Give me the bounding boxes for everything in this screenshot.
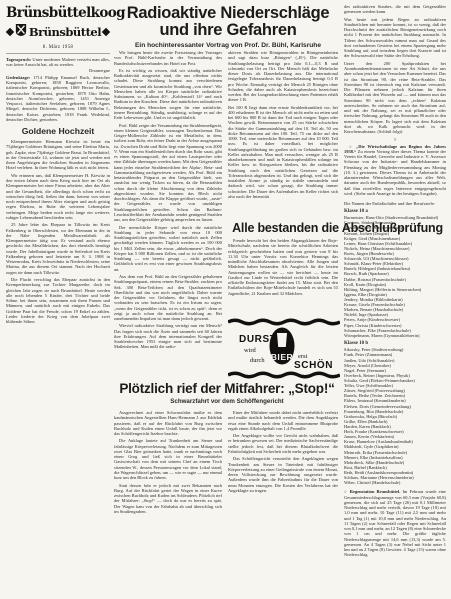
- coat-of-arms-icon: [15, 23, 27, 42]
- paragraph: Ausgerechnet auf einer Schwarzfahrt mußt…: [114, 410, 222, 436]
- paragraph: Was heute mit jedem Regen an radioaktive…: [344, 17, 446, 59]
- student-item: Wömpelmann, Maren (Gymnastiklehrerin): [344, 333, 446, 338]
- stop-article-col3: Einer der Mitfahrer wurde dabei nicht un…: [228, 410, 338, 594]
- wirtschaftslage-item: ○ „Die Wirtschaftslage am Beginn des Jah…: [344, 144, 446, 197]
- goldene-hochzeit-body: Klempnermeister Hermann Kiewitz ist heut…: [6, 139, 110, 324]
- goldene-hochzeit-heading: Goldene Hochzeit: [6, 126, 110, 136]
- tagesspruch: Tagesspruch: Unter moderner Malerei vers…: [6, 57, 110, 73]
- svg-text:BIER: BIER: [271, 352, 294, 362]
- masthead-date: 8. März 1958: [6, 45, 110, 50]
- paragraph: Einer der Mitfahrer wurde dabei nicht un…: [228, 410, 338, 431]
- section-divider: ○: [344, 137, 446, 144]
- main-headline-line1: Radioaktive Niederschläge: [114, 5, 342, 22]
- tagesspruch-label: Tagesspruch:: [6, 57, 31, 62]
- klasse-a-label: Klasse 10 a: [344, 209, 446, 214]
- tagesspruch-author: Doumergue: [6, 68, 110, 73]
- ad-word-durch: durch: [250, 357, 265, 364]
- regenstation-text: Im Februar wurde eine Gesamtniederschlag…: [344, 489, 446, 557]
- wirtschaftslage-text: Zu einem Vortrag über dieses Thema konnt…: [344, 149, 446, 196]
- masthead-row: Brünsbüttel: [6, 23, 110, 42]
- klasse-b-list: Sikorsky, Peter (Stadtverwaltung)Funk, P…: [344, 347, 446, 485]
- paragraph: Die Flucht verschlug das Ehepaar zunächs…: [6, 277, 110, 324]
- paragraph: Es ist wichtig zu wissen, daß wir ständi…: [114, 68, 222, 121]
- paragraph: Statt dessen fuhr er jedoch mit zwei Bek…: [114, 483, 222, 515]
- paragraph: Aus dem von Prof. Bühl an den Geigerzähl…: [114, 274, 222, 321]
- gedenktage-label: Gedenktage:: [6, 75, 30, 80]
- paragraph: Wieviel radioaktive Strahlung verträgt n…: [114, 323, 222, 349]
- masthead-title-2: Brünsbüttel: [29, 25, 101, 39]
- main-subtitle: Ein hochinteressanter Vortrag von Prof. …: [114, 42, 342, 49]
- main-article-col2: Wir bringen heute die zweite Fortsetzung…: [114, 50, 222, 380]
- abschluss-intro: Freude herrscht bei den beiden Abgangskl…: [228, 238, 338, 314]
- paragraph: Der menschliche Körper wird durch die na…: [114, 225, 222, 272]
- paragraph: Unter den 200 Spaltprodukten bei Atombom…: [344, 61, 446, 135]
- paragraph: Die Anklage lautete auf Trunkenheit am S…: [114, 438, 222, 480]
- paragraph: Wir bringen heute die zweite Fortsetzung…: [114, 50, 222, 66]
- beer-advertisement[interactable]: DURST wird durch BIER erst SCHÖN: [228, 326, 340, 371]
- paragraph: 25 Jahre lebte das Ehepaar in Tillowitz …: [6, 222, 110, 275]
- paragraph: aktiven Strahlen wie Röntgenstrahlen in …: [228, 50, 338, 103]
- student-item: Wiber, Christel (Handelsschule): [344, 480, 446, 485]
- klasse-a-list: Burmeister, Hans-Otto (Stadtverwaltung B…: [344, 215, 446, 338]
- newspaper-page: Brünsbüttelkoog Brünsbüttel 8. März 1958…: [0, 0, 451, 599]
- paragraph: Klempnermeister Hermann Kiewitz ist heut…: [6, 139, 110, 171]
- ornament-icon: [6, 28, 14, 36]
- regenstation-lead: ○ Regenstation Brunsbüttel.: [344, 489, 400, 494]
- paragraph: Freude herrscht bei den beiden Abgangskl…: [228, 238, 338, 296]
- masthead: Brünsbüttelkoog Brünsbüttel 8. März 1958: [6, 7, 110, 54]
- wavy-divider-bottom: [228, 371, 340, 379]
- stop-article-header: Plötzlich rief der Mitfahrer: „Stop!“ Sc…: [112, 381, 342, 405]
- paragraph: Wir erinnern uns, daß Klempnermeister H.…: [6, 173, 110, 220]
- paragraph: Bei 100 R liegt dann eine ernste Strahle…: [228, 105, 338, 200]
- wavy-divider-top: [228, 318, 340, 326]
- main-article-col4: des radioaktiven Staubes, die mit dem Ge…: [344, 4, 446, 134]
- main-article-header: Radioaktive Niederschläge und ihre Gefah…: [114, 5, 342, 49]
- main-article-col3: aktiven Strahlen wie Röntgenstrahlen in …: [228, 50, 338, 218]
- stop-article-col2: Ausgerechnet auf einer Schwarzfahrt mußt…: [114, 410, 222, 594]
- paragraph: Das Schöffengericht verurteilte den Ange…: [228, 456, 338, 493]
- left-column: Tagesspruch: Unter moderner Malerei vers…: [6, 57, 110, 593]
- paragraph: Prof. Bühl zeigte der Versammlung ein St…: [114, 123, 222, 223]
- ad-word-schoen: SCHÖN: [294, 360, 333, 371]
- ad-word-wird: wird: [244, 347, 256, 354]
- ornament-icon: [102, 28, 110, 36]
- right-column: des radioaktiven Staubes, die mit dem Ge…: [344, 4, 446, 596]
- regenstation-item: ○ Regenstation Brunsbüttel. Im Februar w…: [344, 489, 446, 557]
- masthead-rule: [6, 53, 110, 54]
- paragraph: Der Angeklagte wollte vor Gericht nicht …: [228, 433, 338, 454]
- ad-word-erst: erst: [298, 353, 307, 360]
- main-headline-line2: und ihre Gefahren: [114, 22, 342, 39]
- klasse-b-label: Klasse 10 b: [344, 341, 446, 346]
- stop-subtitle: Schwarzfahrt vor dem Schöffengericht: [112, 398, 342, 405]
- gedenktage-text: 1714 Philipp Emanuel Bach, deutscher Kom…: [6, 75, 110, 122]
- gedenktage: Gedenktage: 1714 Philipp Emanuel Bach, d…: [6, 75, 110, 122]
- paragraph: des radioaktiven Staubes, die mit dem Ge…: [344, 4, 446, 15]
- names-intro: Die Namen der Entlaßschüler und ihre Ber…: [344, 201, 446, 206]
- masthead-title-1: Brünsbüttelkoog: [6, 7, 110, 21]
- stop-headline: Plötzlich rief der Mitfahrer: „Stop!“: [112, 381, 342, 396]
- beer-glass-icon: BIER: [269, 327, 295, 370]
